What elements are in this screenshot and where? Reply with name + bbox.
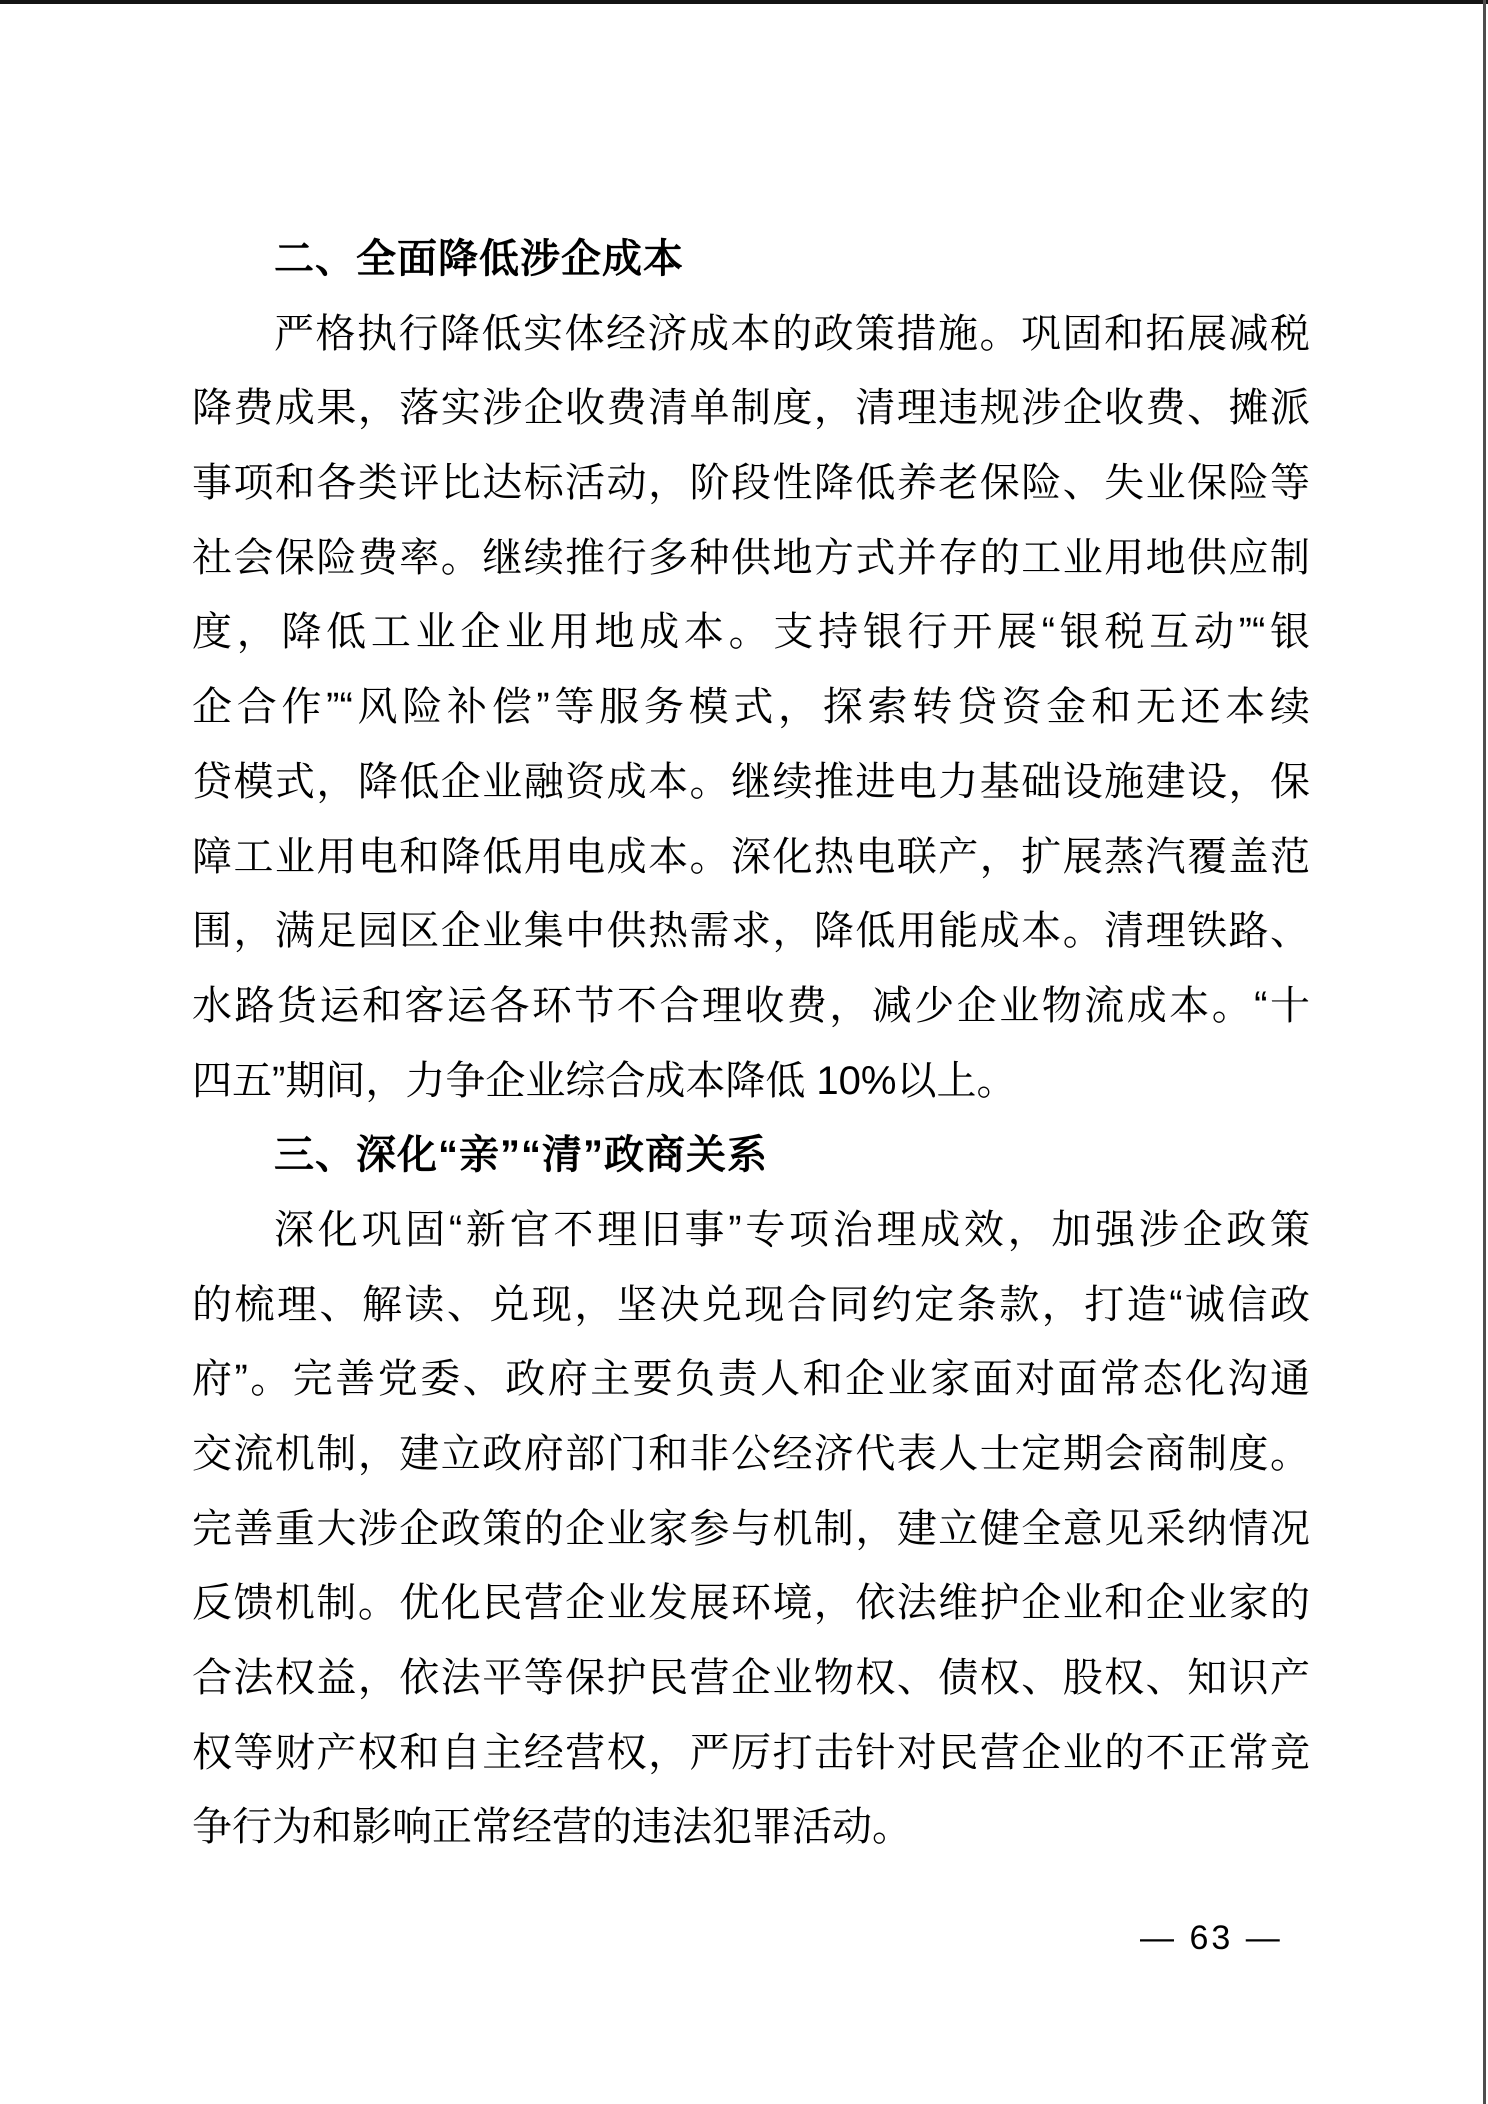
text-line: 深化巩固“新官不理旧事”专项治理成效，加强涉企政策 bbox=[192, 1193, 1310, 1268]
text-line: 府”。完善党委、政府主要负责人和企业家面对面常态化沟通 bbox=[192, 1342, 1310, 1417]
text-line: 围，满足园区企业集中供热需求，降低用能成本。清理铁路、 bbox=[192, 894, 1310, 969]
text-line: 障工业用电和降低用电成本。深化热电联产，扩展蒸汽覆盖范 bbox=[192, 820, 1310, 895]
right-scan-rule bbox=[1483, 0, 1486, 2104]
top-scan-rule bbox=[0, 0, 1488, 4]
text-line: 事项和各类评比达标活动，阶段性降低养老保险、失业保险等 bbox=[192, 446, 1310, 521]
text-line: 严格执行降低实体经济成本的政策措施。巩固和拓展减税 bbox=[192, 297, 1310, 372]
text-line: 争行为和影响正常经营的违法犯罪活动。 bbox=[192, 1790, 1310, 1865]
text-line: 权等财产权和自主经营权，严厉打击针对民营企业的不正常竞 bbox=[192, 1716, 1310, 1791]
text-line: 合法权益，依法平等保护民营企业物权、债权、股权、知识产 bbox=[192, 1641, 1310, 1716]
text-line: 水路货运和客运各环节不合理收费，减少企业物流成本。“十 bbox=[192, 969, 1310, 1044]
text-line: 交流机制，建立政府部门和非公经济代表人士定期会商制度。 bbox=[192, 1417, 1310, 1492]
text-line: 四五”期间，力争企业综合成本降低 10%以上。 bbox=[192, 1044, 1310, 1119]
text-line: 社会保险费率。继续推行多种供地方式并存的工业用地供应制 bbox=[192, 521, 1310, 596]
text-line: 贷模式，降低企业融资成本。继续推进电力基础设施建设，保 bbox=[192, 745, 1310, 820]
text-line: 度，降低工业企业用地成本。支持银行开展“银税互动”“银 bbox=[192, 595, 1310, 670]
section-1-heading: 二、全面降低涉企成本 bbox=[192, 222, 1310, 297]
text-line: 反馈机制。优化民营企业发展环境，依法维护企业和企业家的 bbox=[192, 1566, 1310, 1641]
text-line: 的梳理、解读、兑现，坚决兑现合同约定条款，打造“诚信政 bbox=[192, 1268, 1310, 1343]
text-line: 企合作”“风险补偿”等服务模式，探索转贷资金和无还本续 bbox=[192, 670, 1310, 745]
section-2-heading: 三、深化“亲”“清”政商关系 bbox=[192, 1118, 1310, 1193]
text-line: 完善重大涉企政策的企业家参与机制，建立健全意见采纳情况 bbox=[192, 1492, 1310, 1567]
text-line: 降费成果，落实涉企收费清单制度，清理违规涉企收费、摊派 bbox=[192, 371, 1310, 446]
document-page: 二、全面降低涉企成本 严格执行降低实体经济成本的政策措施。巩固和拓展减税 降费成… bbox=[0, 0, 1488, 2104]
page-number: — 63 — bbox=[1140, 1912, 1283, 1964]
document-body: 二、全面降低涉企成本 严格执行降低实体经济成本的政策措施。巩固和拓展减税 降费成… bbox=[192, 222, 1310, 1865]
